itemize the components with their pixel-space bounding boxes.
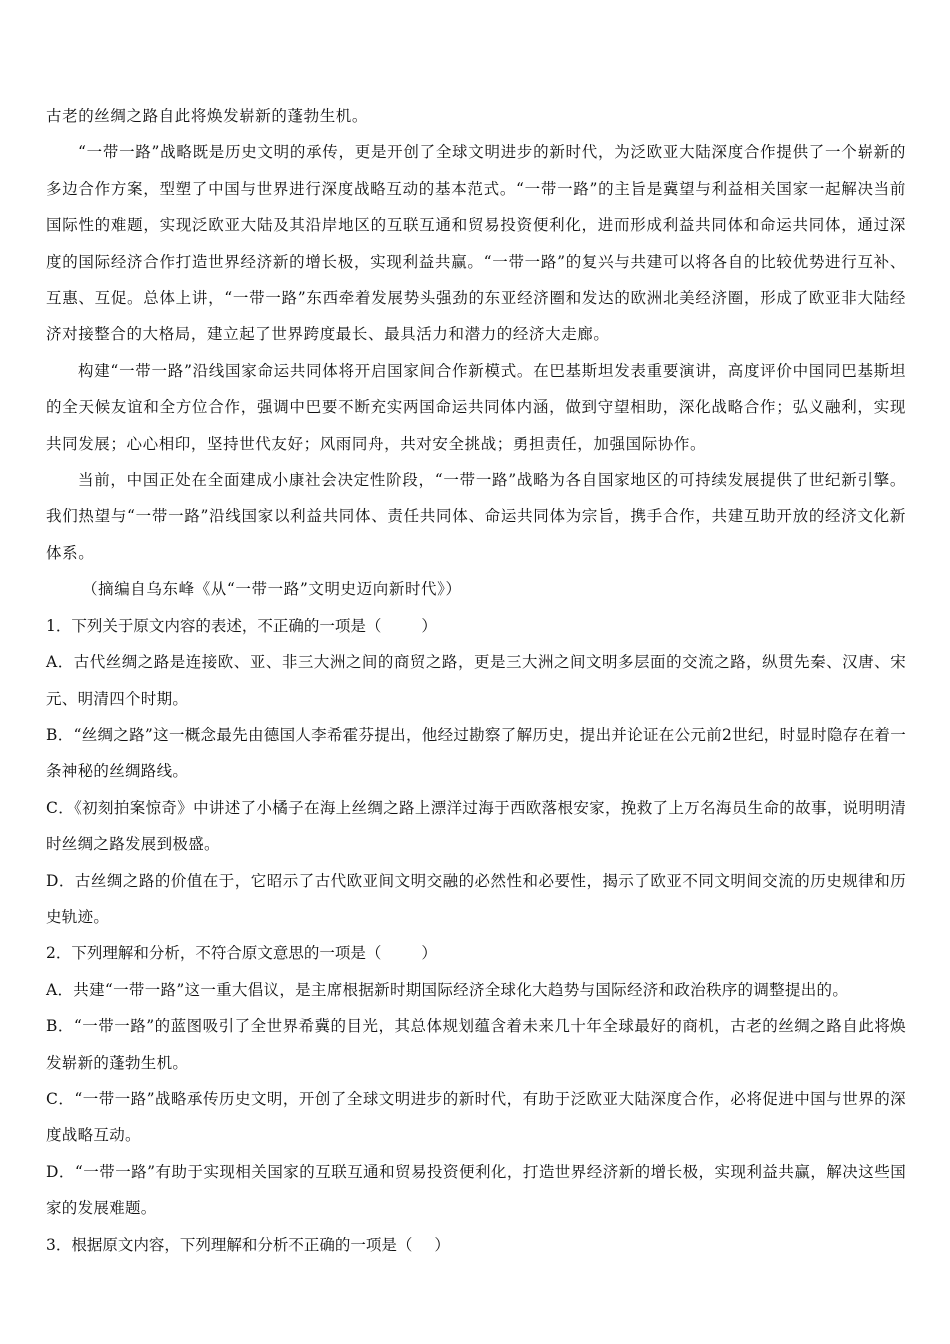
option-text: 古丝绸之路的价值在于，它昭示了古代欧亚间文明交融的必然性和必要性，揭示了欧亚不同… — [46, 872, 906, 926]
option-label: D． — [46, 1163, 75, 1181]
option-label: D． — [46, 872, 75, 890]
question-text: 根据原文内容，下列理解和分析不正确的一项是（ — [71, 1236, 412, 1254]
question-number: 3． — [46, 1236, 71, 1254]
question-stem: 3．根据原文内容，下列理解和分析不正确的一项是（） — [46, 1227, 906, 1263]
continuation-line: 古老的丝绸之路自此将焕发崭新的蓬勃生机。 — [46, 98, 906, 134]
option-text: “丝绸之路”这一概念最先由德国人李希霍芬提出，他经过勘察了解历史，提出并论证在公… — [46, 726, 906, 780]
question-text: 下列理解和分析，不符合原文意思的一项是（ — [71, 944, 381, 962]
question-close: ） — [421, 944, 437, 962]
option-text: 《初刻拍案惊奇》中讲述了小橘子在海上丝绸之路上漂洋过海于西欧落根安家，挽救了上万… — [46, 799, 906, 853]
option-label: C． — [46, 799, 74, 817]
option-text: 古代丝绸之路是连接欧、亚、非三大洲之间的商贸之路，更是三大洲之间文明多层面的交流… — [46, 653, 906, 707]
paragraph-2: 构建“一带一路”沿线国家命运共同体将开启国家间合作新模式。在巴基斯坦发表重要演讲… — [46, 353, 906, 462]
option-text: “一带一路”有助于实现相关国家的互联互通和贸易投资便利化，打造世界经济新的增长极… — [46, 1163, 906, 1217]
question-stem: 1．下列关于原文内容的表述，不正确的一项是（） — [46, 608, 906, 644]
option-a: A．共建“一带一路”这一重大倡议，是主席根据新时期国际经济全球化大趋势与国际经济… — [46, 972, 906, 1008]
option-d: D．古丝绸之路的价值在于，它昭示了古代欧亚间文明交融的必然性和必要性，揭示了欧亚… — [46, 863, 906, 936]
question-stem: 2．下列理解和分析，不符合原文意思的一项是（） — [46, 935, 906, 971]
option-text: “一带一路”战略承传历史文明，开创了全球文明进步的新时代，有助于泛欧亚大陆深度合… — [46, 1090, 906, 1144]
question-3: 3．根据原文内容，下列理解和分析不正确的一项是（） — [46, 1227, 906, 1263]
document-page: 古老的丝绸之路自此将焕发崭新的蓬勃生机。 “一带一路”战略既是历史文明的承传，更… — [46, 98, 906, 1263]
question-1: 1．下列关于原文内容的表述，不正确的一项是（） A．古代丝绸之路是连接欧、亚、非… — [46, 608, 906, 936]
option-text: 共建“一带一路”这一重大倡议，是主席根据新时期国际经济全球化大趋势与国际经济和政… — [73, 981, 848, 999]
question-number: 2． — [46, 944, 71, 962]
option-label: A． — [46, 981, 73, 999]
option-a: A．古代丝绸之路是连接欧、亚、非三大洲之间的商贸之路，更是三大洲之间文明多层面的… — [46, 644, 906, 717]
source-citation: （摘编自乌东峰《从“一带一路”文明史迈向新时代》） — [46, 571, 906, 607]
question-text: 下列关于原文内容的表述，不正确的一项是（ — [71, 617, 381, 635]
option-label: A． — [46, 653, 74, 671]
option-d: D．“一带一路”有助于实现相关国家的互联互通和贸易投资便利化，打造世界经济新的增… — [46, 1154, 906, 1227]
question-close: ） — [421, 617, 437, 635]
paragraph-1: “一带一路”战略既是历史文明的承传，更是开创了全球文明进步的新时代，为泛欧亚大陆… — [46, 134, 906, 352]
option-label: B． — [46, 1017, 74, 1035]
question-2: 2．下列理解和分析，不符合原文意思的一项是（） A．共建“一带一路”这一重大倡议… — [46, 935, 906, 1226]
option-b: B．“一带一路”的蓝图吸引了全世界希冀的目光，其总体规划蕴含着未来几十年全球最好… — [46, 1008, 906, 1081]
option-label: C． — [46, 1090, 74, 1108]
option-label: B． — [46, 726, 74, 744]
question-number: 1． — [46, 617, 71, 635]
paragraph-3: 当前，中国正处在全面建成小康社会决定性阶段，“一带一路”战略为各自国家地区的可持… — [46, 462, 906, 571]
option-b: B．“丝绸之路”这一概念最先由德国人李希霍芬提出，他经过勘察了解历史，提出并论证… — [46, 717, 906, 790]
option-text: “一带一路”的蓝图吸引了全世界希冀的目光，其总体规划蕴含着未来几十年全球最好的商… — [46, 1017, 906, 1071]
question-close: ） — [434, 1236, 450, 1254]
option-c: C．《初刻拍案惊奇》中讲述了小橘子在海上丝绸之路上漂洋过海于西欧落根安家，挽救了… — [46, 790, 906, 863]
option-c: C．“一带一路”战略承传历史文明，开创了全球文明进步的新时代，有助于泛欧亚大陆深… — [46, 1081, 906, 1154]
